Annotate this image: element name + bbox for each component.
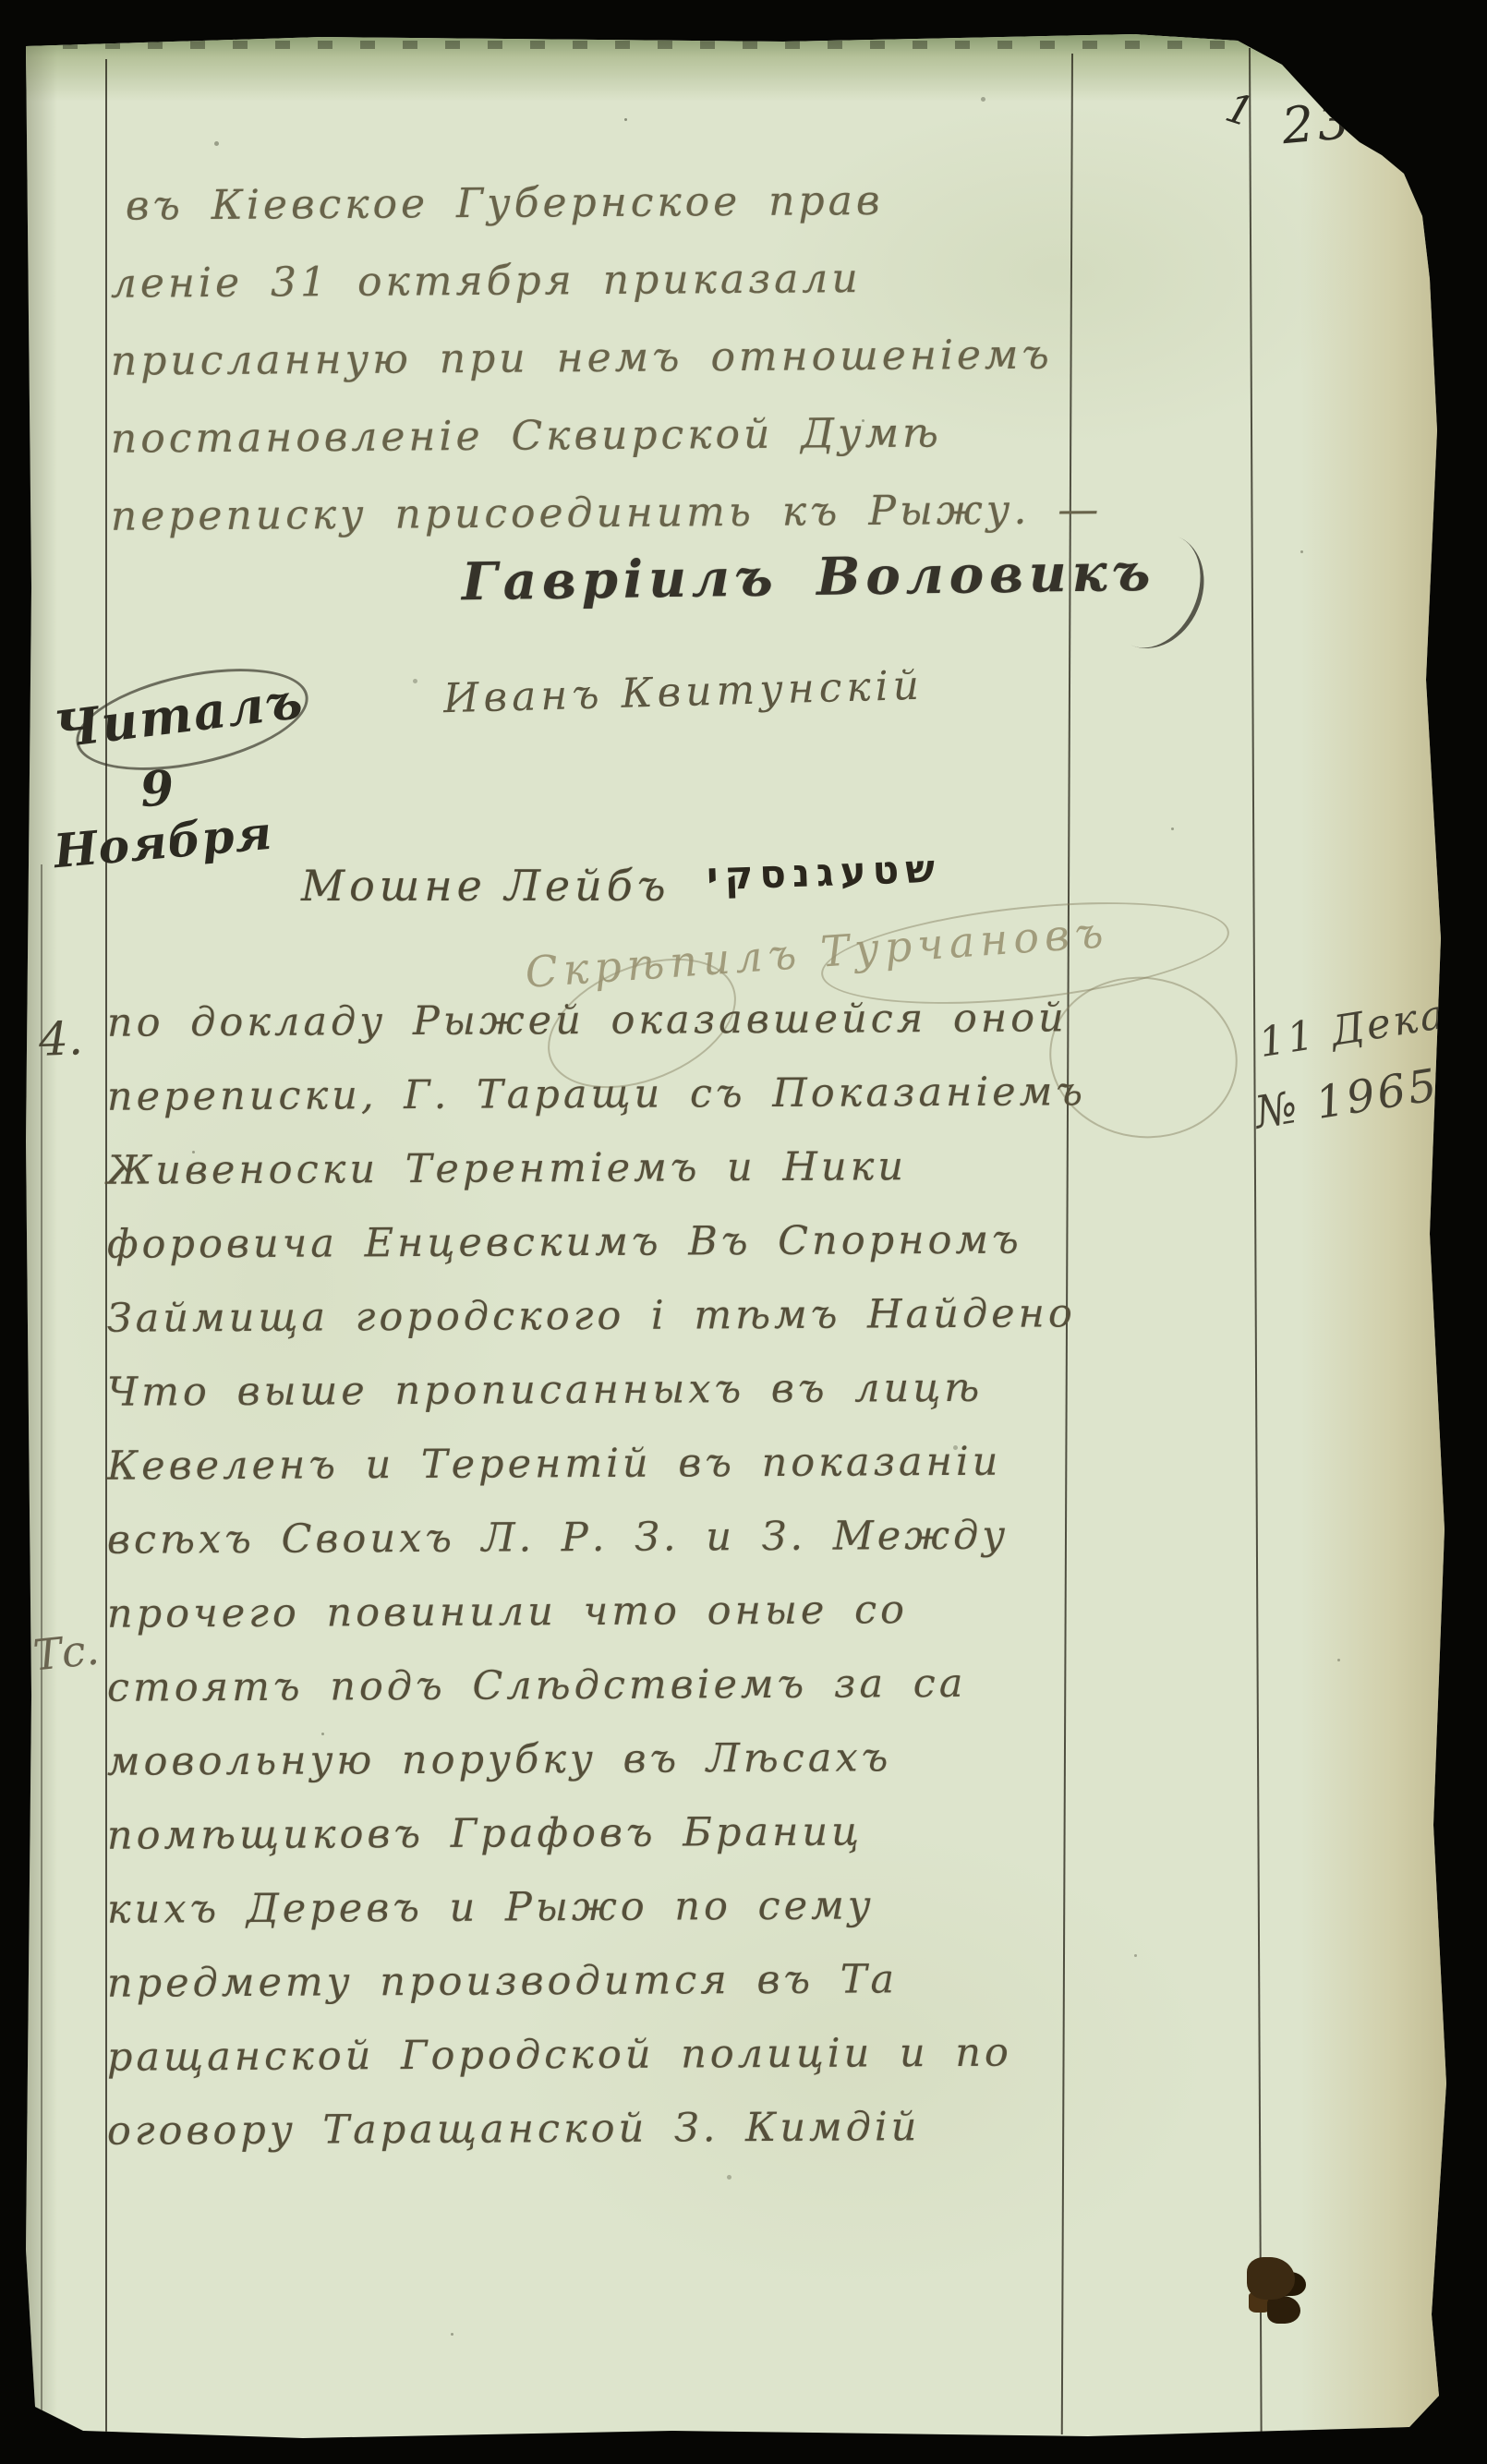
signature-latin-text: Мошне Лейбъ [301, 861, 670, 911]
manuscript-line: присланную при немъ отношеніемъ [111, 331, 1103, 415]
manuscript-line: Кевеленъ и Терентій въ показаніи [107, 1438, 1086, 1517]
main-paragraph: по докладу Рыжей оказавшейся оной перепи… [107, 997, 1086, 2180]
manuscript-line: по докладу Рыжей оказавшейся оной [107, 995, 1086, 1074]
manuscript-line: всѣхъ Своихъ Л. Р. З. и З. Между [107, 1512, 1086, 1591]
manuscript-line: прочего повинили что оные со [107, 1586, 1086, 1665]
ink-blot-stain [1247, 2257, 1295, 2300]
page-number: 23 [1279, 91, 1355, 155]
manuscript-line: Что выше прописанныхъ въ лицѣ [107, 1364, 1086, 1443]
margin-read-month: Ноября [52, 805, 274, 878]
margin-registry-date: 11 Декаб [1255, 986, 1477, 1067]
manuscript-line: ращанской Городской полиціи и по [107, 2029, 1086, 2108]
manuscript-line: мовольную порубку въ Лѣсахъ [107, 1733, 1086, 1813]
signature-swash-flourish [1088, 518, 1221, 664]
margin-registry-number: № 1965 [1251, 1059, 1443, 1140]
archival-scan-background: 1 23 въ Кіевское Губернское прав леніе 3… [0, 0, 1487, 2464]
manuscript-line: постановленіе Сквирской Думѣ [111, 408, 1103, 492]
manuscript-line: въ Кіевское Губернское прав [111, 175, 1103, 260]
manuscript-line: помѣщиковъ Графовъ Браниц [107, 1807, 1086, 1887]
manuscript-line: предмету производится въ Та [107, 1955, 1086, 2035]
manuscript-line: леніе 31 октября приказали [111, 253, 1103, 337]
paper-top-edge-texture [63, 41, 1263, 49]
top-paragraph: въ Кіевское Губернское прав леніе 31 окт… [111, 179, 1102, 567]
manuscript-line: Займища городского і тѣмъ Найдено [107, 1290, 1086, 1370]
signature-name-primary: Гавріилъ Воловикъ [462, 542, 1156, 612]
manuscript-line: кихъ Деревъ и Рыжо по сему [107, 1881, 1086, 1961]
right-margin-rule-line [1249, 48, 1263, 2434]
signature-hebrew-text: שטעגנסקי [706, 846, 942, 900]
signature-line: Мошне Лейбъ שטעגנסקי [301, 861, 941, 911]
margin-item-number: 4. [38, 1011, 84, 1067]
paper-dust-specks [26, 33, 29, 36]
manuscript-page: 1 23 въ Кіевское Губернское прав леніе 3… [26, 33, 1463, 2446]
margin-read-day: 9 [139, 760, 175, 818]
manuscript-line: оговору Таращанской З. Кимдій [107, 2103, 1086, 2182]
manuscript-line: Живеноски Терентіемъ и Ники [107, 1142, 1086, 1222]
margin-abbreviation: Тс. [30, 1624, 101, 1680]
manuscript-line: стоятъ подъ Слѣдствіемъ за са [107, 1660, 1086, 1739]
signature-name-secondary: Иванъ Квитунскій [442, 662, 924, 723]
manuscript-line: переписки, Г. Таращи съ Показаніемъ [107, 1069, 1086, 1148]
manuscript-line: форовича Енцевскимъ Въ Спорномъ [107, 1216, 1086, 1296]
corner-tick-mark: 1 [1220, 84, 1259, 137]
